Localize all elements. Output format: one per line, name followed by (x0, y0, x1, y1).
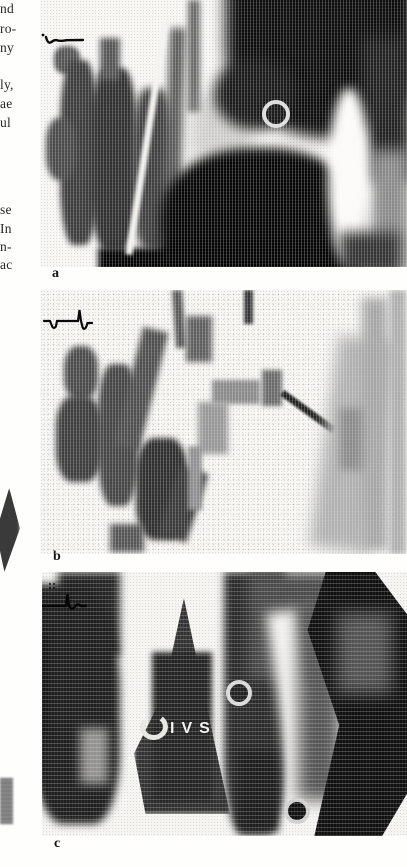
echo-region (186, 316, 212, 362)
echo-region (337, 612, 392, 694)
echo-region (212, 380, 260, 404)
text-fragment: ny (0, 40, 14, 56)
text-fragment: ul (0, 115, 11, 131)
ring-structure (284, 798, 310, 824)
echo-dark-mass (42, 584, 120, 824)
cutoff-figure-fragment (0, 778, 13, 824)
text-fragment: n- (0, 239, 12, 255)
ecg-trace-icon (42, 306, 94, 334)
echo-region (262, 370, 282, 406)
echo-dark-mass (238, 750, 278, 832)
echo-region (390, 290, 406, 554)
ring-structure (226, 680, 252, 706)
bright-echo (80, 728, 108, 784)
echo-region (188, 446, 202, 510)
text-fragment: ac (0, 257, 12, 273)
echo-panel-a (40, 0, 407, 267)
echo-region (110, 524, 144, 552)
ecg-trace-icon (42, 580, 102, 614)
echo-dark-mass (42, 634, 48, 734)
echo-region (172, 290, 186, 348)
echo-panel-c: IVS (42, 572, 407, 836)
panel-label-a: a (52, 266, 59, 282)
echo-dark-mass (98, 248, 350, 267)
ring-structure (262, 100, 290, 128)
text-fragment: ae (0, 96, 12, 112)
text-fragment: In (0, 221, 12, 237)
text-fragment: ly, (0, 77, 14, 93)
scanned-page: nd ro- ny ly, ae ul se In n- ac (0, 0, 407, 867)
echo-panel-b (40, 290, 407, 554)
echo-region (46, 118, 76, 180)
echo-region (340, 232, 400, 267)
panel-label-c: c (54, 836, 60, 852)
echo-region (56, 396, 102, 482)
ivs-annotation: IVS (170, 720, 217, 738)
ecg-trace-icon (40, 28, 86, 52)
cutoff-figure-fragment (0, 488, 20, 572)
echo-region (198, 402, 228, 454)
text-fragment: nd (0, 1, 14, 17)
text-fragment: ro- (0, 21, 16, 37)
echo-region (362, 298, 388, 550)
text-fragment: se (0, 202, 12, 218)
echo-region (64, 346, 98, 400)
echo-region (100, 38, 120, 80)
echo-region (244, 290, 253, 324)
panel-label-b: b (53, 549, 61, 565)
